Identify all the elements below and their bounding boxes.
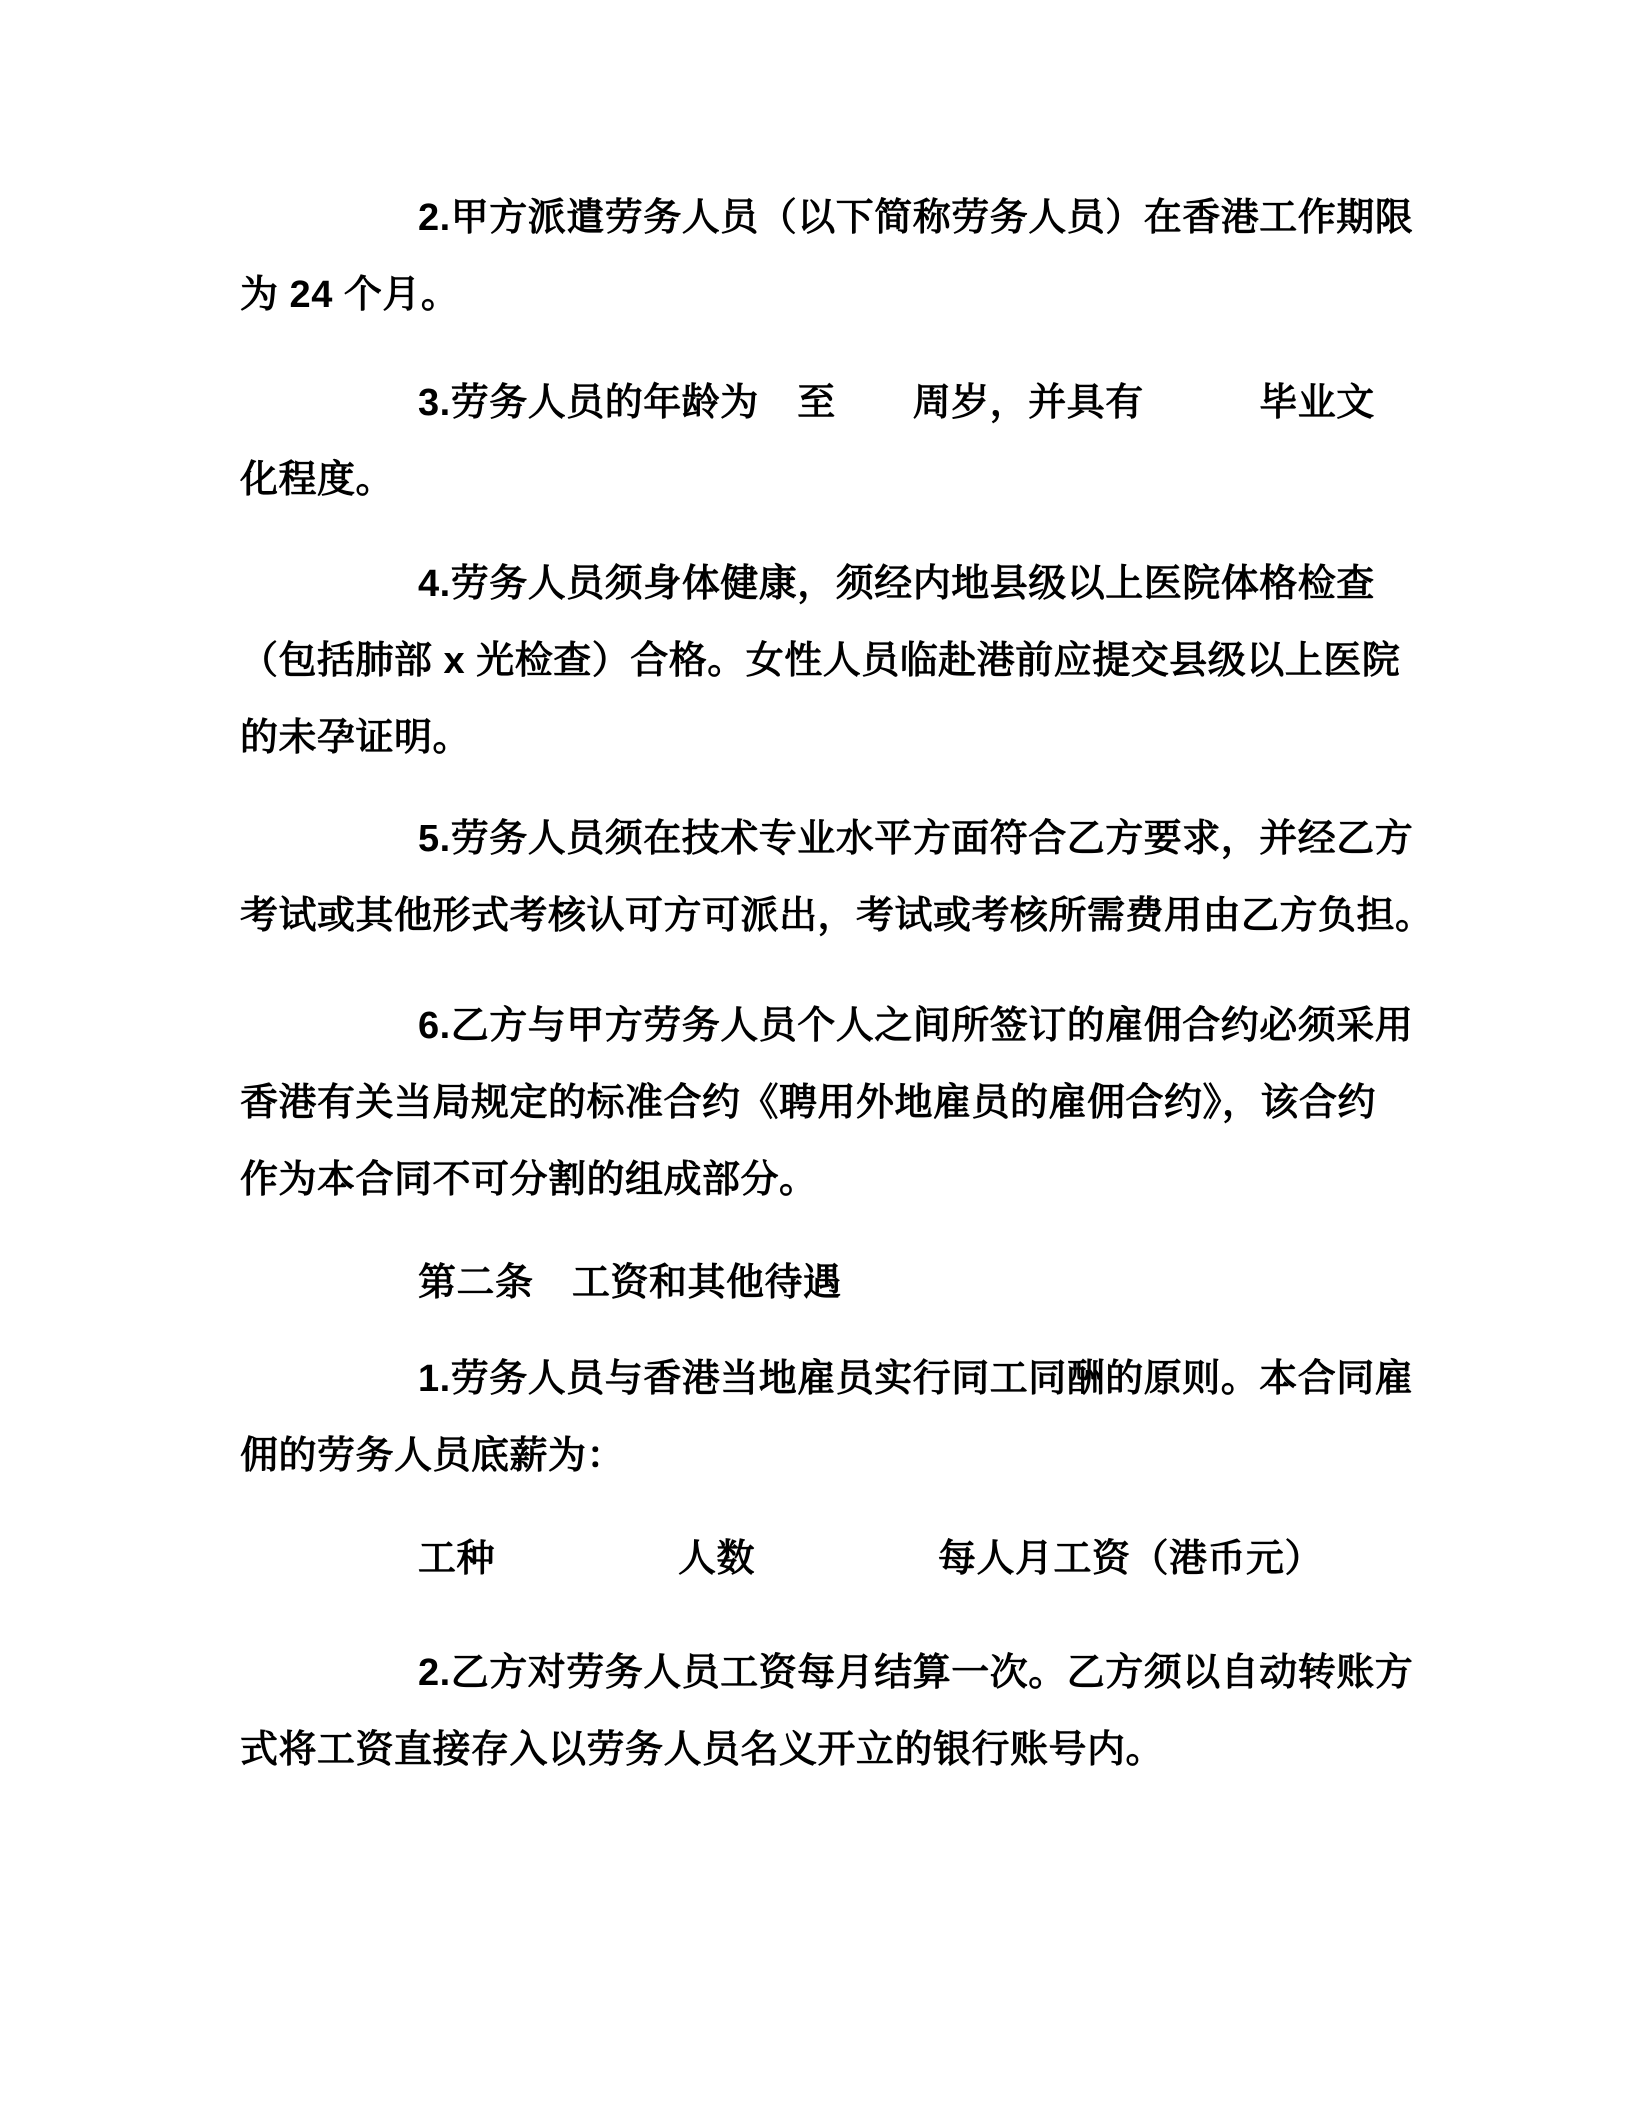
paragraph-health-check: 4.劳务人员须身体健康，须经内地县级以上医院体格检查 （包括肺部 x 光检查）合… [240, 546, 1400, 777]
paragraph-equal-pay: 1.劳务人员与香港当地雇员实行同工同酬的原则。本合同雇 佣的劳务人员底薪为： [240, 1341, 1400, 1495]
text-line: 4.劳务人员须身体健康，须经内地县级以上医院体格检查 [240, 546, 1400, 623]
text-line: 式将工资直接存入以劳务人员名义开立的银行账号内。 [240, 1712, 1400, 1789]
text-line: 考试或其他形式考核认可方可派出，考试或考核所需费用由乙方负担。 [240, 878, 1400, 955]
paragraph-employment-contract: 6.乙方与甲方劳务人员个人之间所签订的雇佣合约必须采用 香港有关当局规定的标准合… [240, 988, 1400, 1219]
text-line: 香港有关当局规定的标准合约《聘用外地雇员的雇佣合约》，该合约 [240, 1065, 1400, 1142]
text-line: 作为本合同不可分割的组成部分。 [240, 1142, 1400, 1219]
document-page: 2.甲方派遣劳务人员（以下简称劳务人员）在香港工作期限 为 24 个月。 3.劳… [0, 0, 1632, 2112]
paragraph-wage-payment: 2.乙方对劳务人员工资每月结算一次。乙方须以自动转账方 式将工资直接存入以劳务人… [240, 1635, 1400, 1789]
text-line: 佣的劳务人员底薪为： [240, 1418, 1400, 1495]
paragraph-work-duration: 2.甲方派遣劳务人员（以下简称劳务人员）在香港工作期限 为 24 个月。 [240, 180, 1400, 334]
text-line: 化程度。 [240, 442, 1400, 519]
text-line: 为 24 个月。 [240, 257, 1400, 334]
text-line: 1.劳务人员与香港当地雇员实行同工同酬的原则。本合同雇 [240, 1341, 1400, 1418]
text-line: 6.乙方与甲方劳务人员个人之间所签订的雇佣合约必须采用 [240, 988, 1400, 1065]
paragraph-age-education: 3.劳务人员的年龄为 至 周岁，并具有 毕业文 化程度。 [240, 365, 1400, 519]
column-header-job-type: 工种 [418, 1521, 495, 1598]
text-line: （包括肺部 x 光检查）合格。女性人员临赴港前应提交县级以上医院 [240, 623, 1400, 700]
section-heading-article2: 第二条 工资和其他待遇 [240, 1245, 1400, 1322]
text-line: 3.劳务人员的年龄为 至 周岁，并具有 毕业文 [240, 365, 1400, 442]
paragraph-skill-requirement: 5.劳务人员须在技术专业水平方面符合乙方要求，并经乙方 考试或其他形式考核认可方… [240, 801, 1400, 955]
wage-table-header-row: 工种 人数 每人月工资（港币元） [240, 1521, 1578, 1598]
text-line: 2.乙方对劳务人员工资每月结算一次。乙方须以自动转账方 [240, 1635, 1400, 1712]
text-line: 的未孕证明。 [240, 700, 1400, 777]
section-title: 第二条 工资和其他待遇 [240, 1245, 1400, 1322]
text-line: 2.甲方派遣劳务人员（以下简称劳务人员）在香港工作期限 [240, 180, 1400, 257]
column-header-headcount: 人数 [678, 1521, 755, 1598]
text-line: 5.劳务人员须在技术专业水平方面符合乙方要求，并经乙方 [240, 801, 1400, 878]
column-header-monthly-wage: 每人月工资（港币元） [938, 1521, 1323, 1598]
